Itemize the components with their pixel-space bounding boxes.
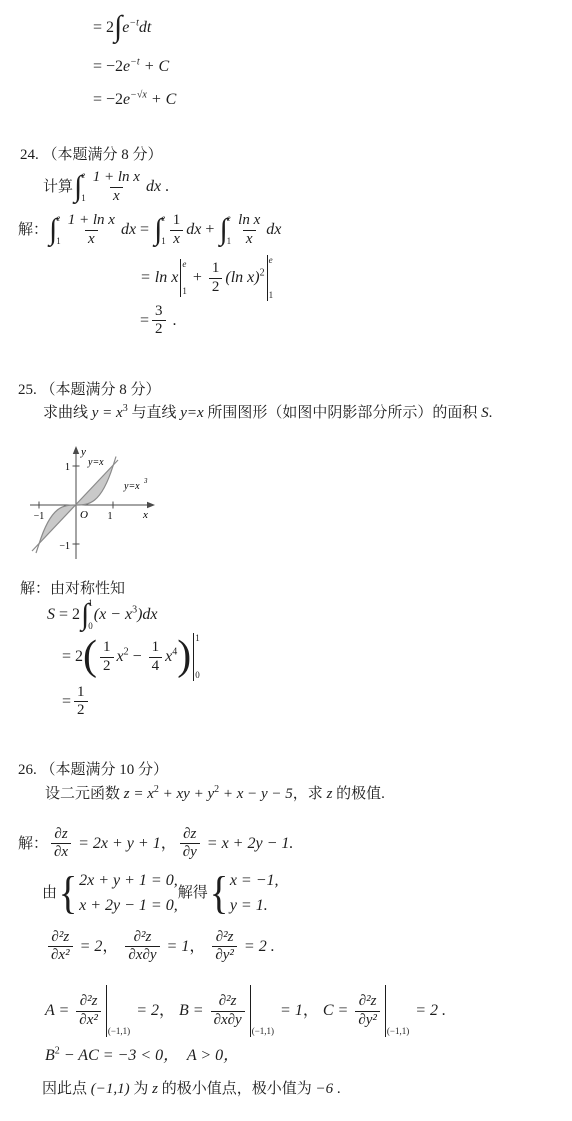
problem-25-solution-line-2: = 2 ( 12 x2 − 14 x4 ) 10: [62, 633, 202, 681]
problem-26-solution-line-5: B2 − AC = −3 < 0， A > 0，: [45, 1046, 239, 1065]
math-token: C =: [323, 1001, 352, 1020]
problem-25-solution-line-3: = 12: [62, 684, 91, 720]
denominator: 2: [209, 278, 223, 296]
lower-limit: 1: [81, 194, 86, 203]
math-token: (ln x): [225, 269, 259, 286]
math-token: = x + 2y − 1.: [203, 834, 294, 853]
numerator: ∂²z: [48, 929, 72, 946]
text-token: .: [489, 405, 493, 421]
denominator: 2: [74, 701, 88, 719]
problem-24-solution-line-2: = ln x e1 + 12 (ln x)2 e1: [140, 255, 275, 301]
integral-limits: 10: [88, 597, 93, 633]
lower-limit: 0: [88, 622, 93, 631]
formula-line-intro-2: = −2e−t + C: [93, 57, 169, 76]
solution-label: 解：: [18, 221, 48, 239]
math-token: dx: [146, 178, 161, 195]
integral-symbol: ∫: [114, 13, 122, 42]
heading-text: 26. （本题满分 10 分）: [18, 761, 168, 779]
numerator: 1 + ln x: [90, 169, 143, 186]
lower-limit: (−1,1): [387, 1027, 409, 1036]
numerator: ∂²z: [356, 993, 380, 1010]
numerator: 1: [74, 684, 88, 701]
problem-26-solution-line-3: ∂²z∂x² = 2 ， ∂²z∂x∂y = 1 ， ∂²z∂y² = 2 .: [45, 929, 275, 965]
equals-sign: =: [140, 311, 149, 330]
numerator: 1: [209, 260, 223, 277]
numerator: ∂²z: [216, 993, 240, 1010]
math-token: = 2 .: [411, 1001, 446, 1020]
problem-24-solution-line-1: 解： ∫ e1 1 + ln xx dx = ∫ e1 1x dx + ∫ e1…: [18, 212, 281, 248]
upper-limit: 1: [88, 599, 93, 608]
problem-26-heading: 26. （本题满分 10 分）: [18, 761, 168, 779]
numerator: ∂²z: [131, 929, 155, 946]
fraction: ∂²z∂y²: [355, 993, 380, 1029]
denominator: x: [85, 230, 98, 248]
math-token: .: [169, 311, 177, 330]
upper-limit: e: [81, 171, 86, 180]
text-token: 由: [42, 884, 57, 902]
denominator: 2: [100, 657, 114, 675]
math-token: = 2 .: [240, 937, 275, 956]
exponent: −√x: [130, 90, 147, 101]
integral: ∫ e1: [219, 212, 231, 248]
equation: x + 2y − 1 = 0,: [79, 896, 178, 915]
math-token: = 2: [62, 647, 83, 666]
comma: ，: [189, 937, 209, 956]
numerator: ∂²z: [77, 993, 101, 1010]
math-token: y = x: [92, 405, 123, 421]
upper-limit: e: [161, 214, 166, 223]
text-token: 的极值.: [332, 786, 385, 802]
figure-curve-region: y x O 1 −1 −1 1 y=x y=x 3: [26, 443, 186, 571]
numerator: 1: [170, 212, 184, 229]
upper-limit: e: [182, 260, 187, 269]
solution-text: 由对称性知: [50, 580, 125, 598]
y-tick-label-minus-1: −1: [59, 541, 70, 552]
denominator: x: [110, 187, 123, 205]
statement-label: 计算: [43, 178, 73, 196]
x-tick-label-minus-1: −1: [34, 511, 45, 522]
integral: ∫ e1: [154, 212, 166, 248]
numerator: ∂z: [180, 826, 199, 843]
comma: ，: [303, 1001, 323, 1020]
math-token: S: [47, 606, 55, 623]
math-token: (x − x3)dx: [94, 605, 158, 624]
fraction: 12: [74, 684, 88, 720]
comma: ，: [159, 1001, 179, 1020]
system-of-solutions: { x = −1,y = 1.: [208, 871, 279, 915]
text-token: ，求: [293, 786, 327, 802]
case-lines: 2x + y + 1 = 0,x + 2y − 1 = 0,: [79, 871, 178, 915]
denominator: 2: [152, 320, 166, 338]
statement-text: 设二元函数 z = x2 + xy + y2 + x − y − 5，求 z 的…: [45, 785, 385, 803]
math-token: = −2: [93, 58, 123, 75]
integral: ∫ e1: [49, 212, 61, 248]
text-token: .: [333, 1081, 341, 1097]
problem-24-heading: 24. （本题满分 8 分）: [20, 146, 163, 164]
math-token: B =: [179, 1001, 208, 1020]
text-token: 求曲线: [43, 405, 92, 421]
math-token: S = 2: [47, 605, 80, 624]
y-axis-label: y: [80, 446, 86, 458]
integral-limits: e1: [227, 212, 232, 248]
evaluation-bar: (−1,1): [250, 985, 274, 1037]
fraction: 12: [100, 639, 114, 675]
math-token: + C: [140, 58, 169, 75]
lower-limit: 1: [56, 237, 61, 246]
eval-limits: (−1,1): [107, 985, 130, 1037]
case-lines: x = −1,y = 1.: [230, 871, 279, 915]
problem-24-solution-line-3: = 32 .: [140, 303, 177, 339]
denominator: ∂x∂y: [125, 946, 159, 964]
integral: ∫ e1: [74, 169, 86, 205]
lower-limit: 1: [227, 237, 232, 246]
left-brace: {: [209, 875, 228, 912]
right-paren: ): [177, 641, 191, 673]
fraction: ln xx: [235, 212, 263, 248]
math-token: dx: [266, 220, 281, 239]
denominator: ∂x: [51, 843, 71, 861]
math-token: + C: [147, 91, 176, 108]
solution-label: 解：: [20, 580, 50, 598]
eval-limits: 10: [194, 633, 200, 681]
text-token: 解得: [178, 884, 208, 902]
x-tick-label-1: 1: [108, 511, 113, 522]
eval-limits: (−1,1): [386, 985, 409, 1037]
equals-sign: =: [62, 692, 71, 711]
math-token: (x − x: [94, 606, 132, 623]
math-token: = 2: [132, 1001, 159, 1020]
exponent: −t: [129, 17, 139, 28]
lower-limit: 1: [182, 287, 187, 296]
problem-26-solution-line-2: 由 { 2x + y + 1 = 0,x + 2y − 1 = 0, 解得 { …: [42, 871, 279, 915]
lower-limit: 1: [269, 291, 274, 300]
math-token: .: [161, 178, 169, 195]
denominator: ∂y²: [212, 946, 237, 964]
math-token: A =: [45, 1001, 73, 1020]
evaluation-bar: e1: [180, 259, 187, 297]
numerator: ∂²z: [213, 929, 237, 946]
problem-25-solution-head: 解： 由对称性知: [20, 580, 125, 598]
system-of-equations: { 2x + y + 1 = 0,x + 2y − 1 = 0,: [57, 871, 178, 915]
y-axis-arrow: [73, 446, 79, 454]
x-axis-label: x: [142, 509, 148, 521]
integral-limits: e1: [56, 212, 61, 248]
integral-limits: e1: [161, 212, 166, 248]
left-brace: {: [59, 875, 78, 912]
math-token: z = x: [124, 786, 154, 802]
fraction: 32: [152, 303, 166, 339]
fraction: 14: [149, 639, 163, 675]
equals-sign: =: [136, 220, 153, 239]
left-paren: (: [83, 641, 97, 673]
fraction: ∂z∂x: [51, 826, 71, 862]
numerator: 1: [100, 639, 114, 656]
numerator: ln x: [235, 212, 263, 229]
math-token: x2: [117, 647, 129, 666]
evaluation-bar: (−1,1): [106, 985, 130, 1037]
equation: y = 1.: [230, 896, 279, 915]
comma: ，: [161, 834, 177, 853]
formula-line-intro-1: = 2 ∫ e−tdt: [93, 13, 151, 42]
statement-text: 求曲线 y = x3 与直线 y=x 所围图形（如图中阴影部分所示）的面积 S.: [43, 404, 492, 422]
curve-label: y=x: [123, 481, 140, 492]
formula-line-intro-3: = −2e−√x + C: [93, 90, 176, 109]
plus-sign: +: [201, 220, 218, 239]
plus-sign: +: [189, 268, 206, 287]
math-token: dt: [139, 19, 151, 36]
heading-text: 25. （本题满分 8 分）: [18, 381, 161, 399]
integral: ∫ 10: [81, 597, 93, 633]
denominator: ∂x²: [76, 1011, 101, 1029]
math-token: −6: [316, 1081, 334, 1097]
lower-limit: 1: [161, 237, 166, 246]
problem-24-statement: 计算 ∫ e1 1 + ln xx dx .: [43, 169, 169, 205]
lower-limit: 0: [195, 671, 200, 680]
math-token: y=x: [180, 405, 203, 421]
exponent: 2: [260, 268, 265, 279]
math-token: + xy + y: [159, 786, 214, 802]
denominator: ∂x∂y: [211, 1011, 245, 1029]
math-token: = 1: [276, 1001, 303, 1020]
problem-26-conclusion: 因此点 (−1,1) 为 z 的极小值点，极小值为 −6 .: [42, 1080, 341, 1098]
math-token: (−1,1): [91, 1081, 130, 1097]
problem-26-statement: 设二元函数 z = x2 + xy + y2 + x − y − 5，求 z 的…: [45, 785, 385, 803]
math-token: B2 − AC = −3 < 0， A > 0，: [45, 1046, 239, 1065]
numerator: 1: [149, 639, 163, 656]
fraction: 1x: [170, 212, 184, 248]
numerator: 3: [152, 303, 166, 320]
denominator: x: [170, 230, 183, 248]
integral-limits: e1: [81, 169, 86, 205]
upper-limit: 1: [195, 634, 200, 643]
math-token: S: [481, 405, 489, 421]
text-token: 为: [130, 1081, 153, 1097]
math-token: + x − y − 5: [219, 786, 293, 802]
upper-limit: e: [56, 214, 61, 223]
problem-25-solution-line-1: S = 2 ∫ 10 (x − x3)dx: [47, 597, 158, 633]
fraction: ∂²z∂x²: [76, 993, 101, 1029]
numerator: 1 + ln x: [65, 212, 118, 229]
math-token: = 2x + y + 1: [74, 834, 161, 853]
x-axis-arrow: [147, 502, 155, 508]
denominator: 4: [149, 657, 163, 675]
eval-limits: e1: [268, 255, 274, 301]
curve-label-exponent: 3: [143, 477, 148, 485]
minus-sign: −: [129, 647, 146, 666]
math-token: x: [117, 648, 124, 665]
fraction: ∂²z∂x∂y: [125, 929, 159, 965]
comma: ，: [102, 937, 122, 956]
denominator: ∂y: [180, 843, 200, 861]
math-token: = 2: [93, 18, 114, 37]
y-tick-label-1: 1: [65, 462, 70, 473]
math-token: = 1: [163, 937, 190, 956]
exponent: −t: [130, 57, 140, 68]
evaluation-bar: e1: [267, 255, 274, 301]
denominator: ∂y²: [355, 1011, 380, 1029]
fraction: ∂z∂y: [180, 826, 200, 862]
lower-limit: (−1,1): [252, 1027, 274, 1036]
evaluation-bar: (−1,1): [385, 985, 409, 1037]
equation: 2x + y + 1 = 0,: [79, 871, 178, 890]
evaluation-bar: 10: [193, 633, 200, 681]
lower-limit: (−1,1): [108, 1027, 130, 1036]
math-token: dx: [121, 220, 136, 239]
math-token: dx: [186, 220, 201, 239]
problem-26-solution-line-4: A = ∂²z∂x² (−1,1) = 2 ， B = ∂²z∂x∂y (−1,…: [45, 985, 446, 1037]
origin-label: O: [80, 509, 88, 521]
math-token: = 2: [76, 937, 103, 956]
math-token: x4: [165, 647, 177, 666]
conclusion-text: 因此点 (−1,1) 为 z 的极小值点，极小值为 −6 .: [42, 1080, 341, 1098]
text-token: 所围图形（如图中阴影部分所示）的面积: [204, 405, 482, 421]
fraction: ∂²z∂x²: [48, 929, 73, 965]
math-token: = −2e−√x + C: [93, 90, 176, 109]
math-token: − AC = −3 < 0， A > 0，: [60, 1047, 239, 1064]
fraction: ∂²z∂x∂y: [211, 993, 245, 1029]
heading-text: 24. （本题满分 8 分）: [20, 146, 163, 164]
denominator: ∂x²: [48, 946, 73, 964]
numerator: ∂z: [51, 826, 70, 843]
math-token: = −2e−t + C: [93, 57, 169, 76]
problem-26-solution-line-1: 解： ∂z∂x = 2x + y + 1 ， ∂z∂y = x + 2y − 1…: [18, 826, 293, 862]
fraction: 1 + ln xx: [65, 212, 118, 248]
line-label: y=x: [87, 457, 104, 468]
math-token: (ln x)2: [225, 268, 264, 287]
text-token: 与直线: [128, 405, 181, 421]
math-token: = 2: [55, 606, 80, 623]
upper-limit: e: [269, 256, 274, 265]
fraction: ∂²z∂y²: [212, 929, 237, 965]
fraction: 1 + ln xx: [90, 169, 143, 205]
math-token: = −2: [93, 91, 123, 108]
equation: x = −1,: [230, 871, 279, 890]
text-token: 的极小值点，极小值为: [158, 1081, 316, 1097]
math-token: = ln x: [140, 268, 178, 287]
solution-label: 解：: [18, 835, 48, 853]
eval-limits: e1: [181, 259, 187, 297]
math-token: dx .: [146, 177, 169, 196]
math-token: e−tdt: [122, 18, 151, 37]
math-token: )dx: [137, 606, 157, 623]
math-token: B: [45, 1047, 55, 1064]
text-token: 因此点: [42, 1081, 91, 1097]
text-token: 设二元函数: [45, 786, 124, 802]
fraction: 12: [209, 260, 223, 296]
eval-limits: (−1,1): [251, 985, 274, 1037]
upper-limit: e: [227, 214, 232, 223]
problem-25-heading: 25. （本题满分 8 分）: [18, 381, 161, 399]
denominator: x: [243, 230, 256, 248]
problem-25-statement: 求曲线 y = x3 与直线 y=x 所围图形（如图中阴影部分所示）的面积 S.: [43, 404, 492, 422]
